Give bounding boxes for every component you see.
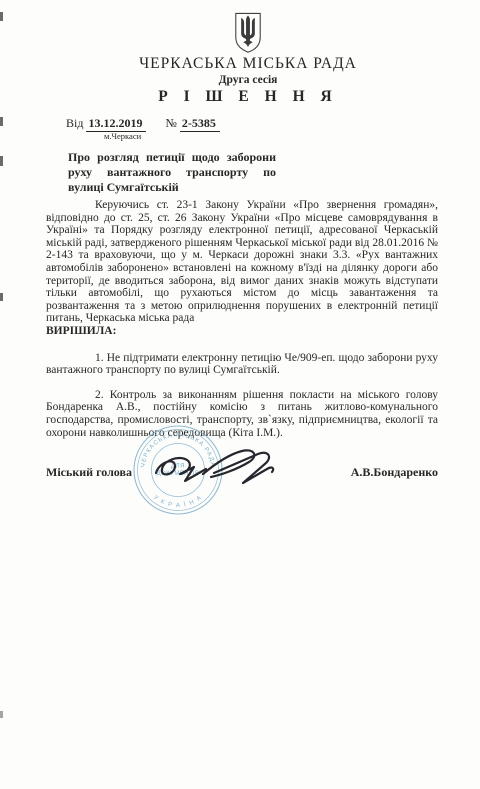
decision-item-2: 2. Контроль за виконанням рішення поклас… bbox=[46, 389, 438, 439]
decision-subject: Про розгляд петиції щодо заборони руху в… bbox=[68, 150, 276, 195]
signature-scribble bbox=[148, 441, 278, 499]
scan-artifact bbox=[0, 12, 3, 21]
resolved-label: ВИРІШИЛА: bbox=[46, 325, 438, 338]
decision-item-1: 1. Не підтримати електронну петицію Че/9… bbox=[46, 352, 438, 377]
signer-title: Міський голова bbox=[46, 465, 132, 479]
city-label: м.Черкаси bbox=[104, 131, 438, 141]
ukraine-trident-emblem-icon bbox=[234, 12, 262, 53]
document-header: ЧЕРКАСЬКА МІСЬКА РАДА Друга сесія Р І Ш … bbox=[0, 12, 480, 105]
signer-name: А.В.Бондаренко bbox=[351, 465, 438, 479]
preamble-paragraph: Керуючись ст. 23-1 Закону України «Про з… bbox=[46, 199, 438, 325]
council-name: ЧЕРКАСЬКА МІСЬКА РАДА bbox=[16, 55, 480, 72]
document-type-title: Р І Ш Е Н Н Я bbox=[16, 88, 480, 105]
number-sign: № bbox=[165, 116, 176, 130]
document-body: Від 13.12.2019 № 2-5385 м.Черкаси Про ро… bbox=[0, 116, 480, 479]
scan-artifact bbox=[0, 156, 3, 166]
scan-artifact bbox=[0, 711, 3, 718]
date-number-line: Від 13.12.2019 № 2-5385 bbox=[66, 116, 438, 130]
decision-number: 2-5385 bbox=[180, 116, 220, 132]
session-label: Друга сесія bbox=[16, 74, 480, 87]
scan-artifact bbox=[0, 293, 3, 301]
scanned-document-page: ЧЕРКАСЬКА МІСЬКА РАДА Друга сесія Р І Ш … bbox=[0, 0, 480, 789]
scan-artifact bbox=[0, 117, 3, 126]
date-prefix: Від bbox=[66, 116, 83, 130]
decision-date: 13.12.2019 bbox=[86, 116, 146, 132]
